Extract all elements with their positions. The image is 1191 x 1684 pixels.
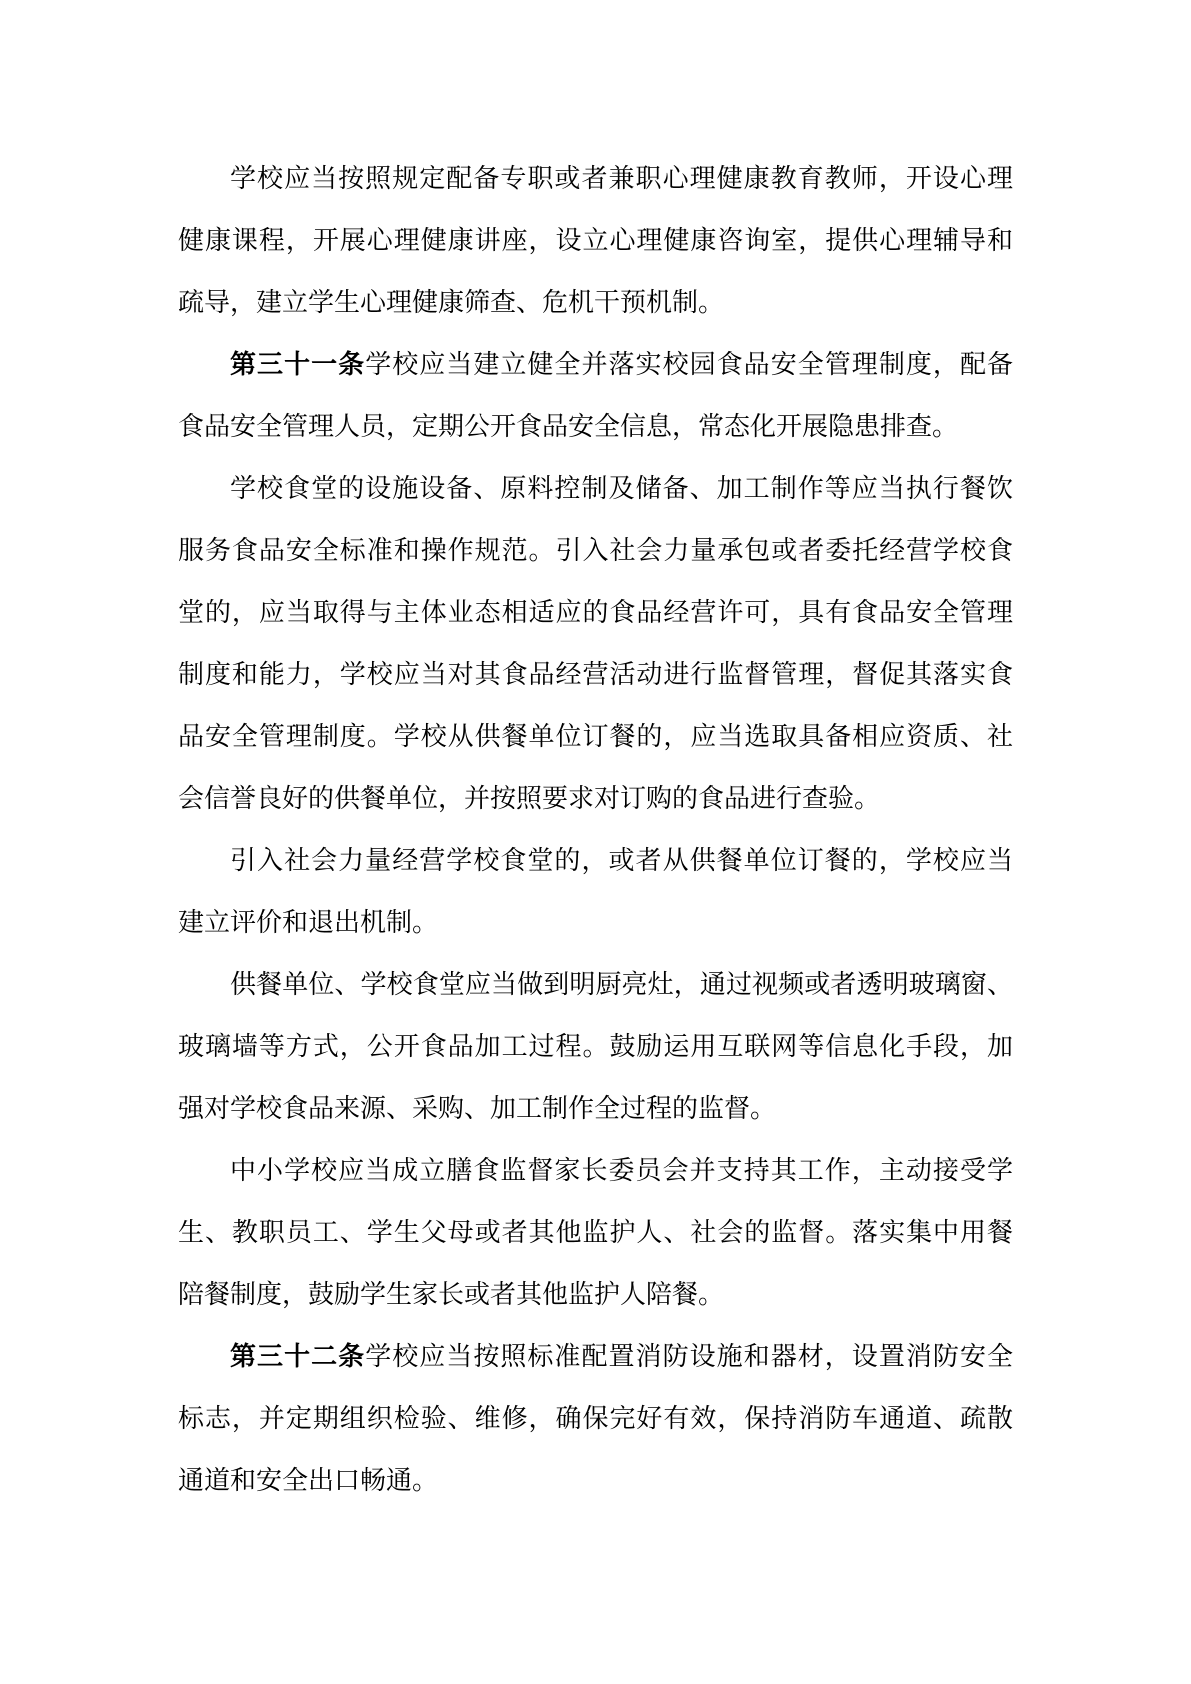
text-line: 品安全管理制度。学校从供餐单位订餐的，应当选取具备相应资质、社 <box>178 705 1013 767</box>
text-segment: 品安全管理制度。学校从供餐单位订餐的，应当选取具备相应资质、社 <box>178 721 1013 751</box>
text-line: 强对学校食品来源、采购、加工制作全过程的监督。 <box>178 1077 1013 1139</box>
text-segment: 引入社会力量经营学校食堂的，或者从供餐单位订餐的，学校应当 <box>230 845 1013 875</box>
text-line: 建立评价和退出机制。 <box>178 891 1013 953</box>
text-segment: 玻璃墙等方式，公开食品加工过程。鼓励运用互联网等信息化手段，加 <box>178 1031 1013 1061</box>
text-segment: 会信誉良好的供餐单位，并按照要求对订购的食品进行查验。 <box>178 783 880 813</box>
article-number: 第三十二条 <box>230 1341 365 1371</box>
text-line: 制度和能力，学校应当对其食品经营活动进行监督管理，督促其落实食 <box>178 643 1013 705</box>
text-line: 会信誉良好的供餐单位，并按照要求对订购的食品进行查验。 <box>178 767 1013 829</box>
text-segment: 服务食品安全标准和操作规范。引入社会力量承包或者委托经营学校食 <box>178 535 1013 565</box>
text-segment: 学校应当按照标准配置消防设施和器材，设置消防安全 <box>365 1341 1013 1371</box>
text-segment: 食品安全管理人员，定期公开食品安全信息，常态化开展隐患排查。 <box>178 411 958 441</box>
text-line: 生、教职员工、学生父母或者其他监护人、社会的监督。落实集中用餐 <box>178 1201 1013 1263</box>
document-body-text: 学校应当按照规定配备专职或者兼职心理健康教育教师，开设心理健康课程，开展心理健康… <box>178 147 1013 1511</box>
text-segment: 学校应当建立健全并落实校园食品安全管理制度，配备 <box>365 349 1013 379</box>
text-line: 第三十一条学校应当建立健全并落实校园食品安全管理制度，配备 <box>178 333 1013 395</box>
text-line: 中小学校应当成立膳食监督家长委员会并支持其工作，主动接受学 <box>178 1139 1013 1201</box>
text-segment: 学校应当按照规定配备专职或者兼职心理健康教育教师，开设心理 <box>230 163 1013 193</box>
text-segment: 建立评价和退出机制。 <box>178 907 438 937</box>
text-line: 健康课程，开展心理健康讲座，设立心理健康咨询室，提供心理辅导和 <box>178 209 1013 271</box>
text-line: 疏导，建立学生心理健康筛查、危机干预机制。 <box>178 271 1013 333</box>
text-segment: 通道和安全出口畅通。 <box>178 1465 438 1495</box>
text-line: 第三十二条学校应当按照标准配置消防设施和器材，设置消防安全 <box>178 1325 1013 1387</box>
text-line: 引入社会力量经营学校食堂的，或者从供餐单位订餐的，学校应当 <box>178 829 1013 891</box>
text-segment: 供餐单位、学校食堂应当做到明厨亮灶，通过视频或者透明玻璃窗、 <box>230 969 1013 999</box>
text-segment: 陪餐制度，鼓励学生家长或者其他监护人陪餐。 <box>178 1279 724 1309</box>
text-line: 堂的，应当取得与主体业态相适应的食品经营许可，具有食品安全管理 <box>178 581 1013 643</box>
text-segment: 生、教职员工、学生父母或者其他监护人、社会的监督。落实集中用餐 <box>178 1217 1013 1247</box>
text-segment: 疏导，建立学生心理健康筛查、危机干预机制。 <box>178 287 724 317</box>
text-segment: 中小学校应当成立膳食监督家长委员会并支持其工作，主动接受学 <box>230 1155 1013 1185</box>
text-line: 学校应当按照规定配备专职或者兼职心理健康教育教师，开设心理 <box>178 147 1013 209</box>
text-segment: 标志，并定期组织检验、维修，确保完好有效，保持消防车通道、疏散 <box>178 1403 1013 1433</box>
text-segment: 堂的，应当取得与主体业态相适应的食品经营许可，具有食品安全管理 <box>178 597 1013 627</box>
text-segment: 强对学校食品来源、采购、加工制作全过程的监督。 <box>178 1093 776 1123</box>
text-segment: 制度和能力，学校应当对其食品经营活动进行监督管理，督促其落实食 <box>178 659 1013 689</box>
text-line: 食品安全管理人员，定期公开食品安全信息，常态化开展隐患排查。 <box>178 395 1013 457</box>
text-segment: 学校食堂的设施设备、原料控制及储备、加工制作等应当执行餐饮 <box>230 473 1013 503</box>
text-line: 学校食堂的设施设备、原料控制及储备、加工制作等应当执行餐饮 <box>178 457 1013 519</box>
text-line: 标志，并定期组织检验、维修，确保完好有效，保持消防车通道、疏散 <box>178 1387 1013 1449</box>
article-number: 第三十一条 <box>230 349 365 379</box>
text-line: 服务食品安全标准和操作规范。引入社会力量承包或者委托经营学校食 <box>178 519 1013 581</box>
text-line: 供餐单位、学校食堂应当做到明厨亮灶，通过视频或者透明玻璃窗、 <box>178 953 1013 1015</box>
text-line: 玻璃墙等方式，公开食品加工过程。鼓励运用互联网等信息化手段，加 <box>178 1015 1013 1077</box>
text-line: 通道和安全出口畅通。 <box>178 1449 1013 1511</box>
document-page: 学校应当按照规定配备专职或者兼职心理健康教育教师，开设心理健康课程，开展心理健康… <box>0 0 1191 1684</box>
text-line: 陪餐制度，鼓励学生家长或者其他监护人陪餐。 <box>178 1263 1013 1325</box>
text-segment: 健康课程，开展心理健康讲座，设立心理健康咨询室，提供心理辅导和 <box>178 225 1013 255</box>
